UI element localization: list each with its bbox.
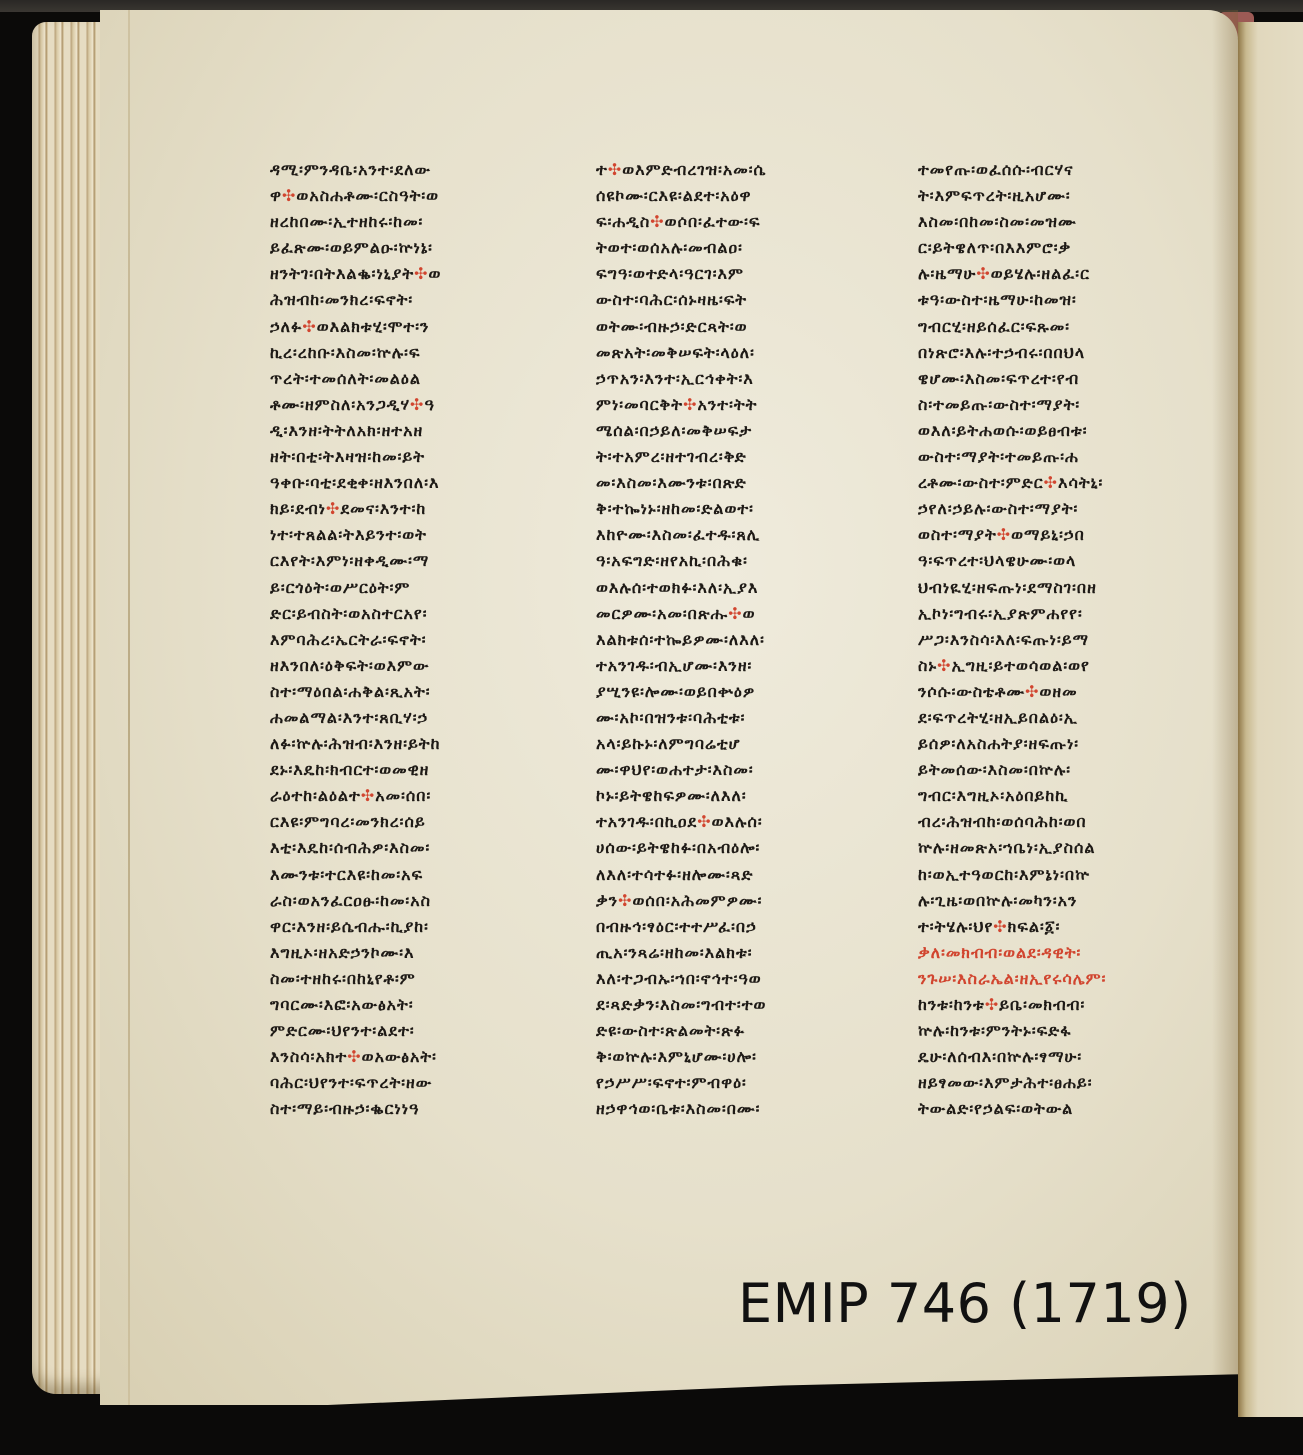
text-line: እሙንቱ፡ተርእዩ፡ከመ፡አፍ [270, 862, 570, 888]
red-cross-divider-icon: ✣ [993, 917, 1007, 936]
text-line: ዋር፡እንዘ፡ይሴብሑ፡ኪያከ፡ [270, 914, 570, 940]
red-cross-divider-icon: ✣ [650, 212, 664, 231]
text-line: ብረ፡ሕዝብከ፡ወሰባሕከ፡ወበ [918, 809, 1218, 835]
text-line: ይ፡ርጎዕት፡ወሥርዕት፡ም [270, 575, 570, 601]
text-line: ኮኑ፡ይትዌከፍዎሙ፡ለእለ፡ [596, 783, 896, 809]
text-line: ሙ፡ዋህየ፡ወሐተታ፡እስመ፡ [596, 757, 896, 783]
text-line: ቅ፡ወኵሉ፡እምኒሆሙ፡ሀሎ፡ [596, 1044, 896, 1070]
text-line: ዘኃዋኅወ፡ቤቱ፡እስመ፡በሙ፡ [596, 1096, 896, 1122]
text-line: ኵሉ፡ከንቱ፡ምንትኑ፡ፍድፋ [918, 1018, 1218, 1044]
text-line: ዘረከበሙ፡ኢተዘከሩ፡ከመ፡ [270, 209, 570, 235]
text-line: ቱዓ፡ውስተ፡ዜማሁ፡ከመዝ፡ [918, 287, 1218, 313]
red-cross-divider-icon: ✣ [728, 604, 742, 623]
text-line: ዓ፡ፍጥረተ፡ህላዌሁሙ፡ወላ [918, 548, 1218, 574]
red-cross-divider-icon: ✣ [1044, 473, 1058, 492]
red-cross-divider-icon: ✣ [985, 995, 999, 1014]
text-line: ውስተ፡ማያት፡ተመይጡ፡ሐ [918, 444, 1218, 470]
text-line: ተ፡ትሄሉ፡ህየ✣ክፍል፡፩፡ [918, 914, 1218, 940]
caption-label: EMIP 746 (1719) [738, 1272, 1192, 1335]
red-cross-divider-icon: ✣ [282, 186, 296, 205]
text-line: ዳሚ፡ምንዳቤ፡አንተ፡ደለው [270, 157, 570, 183]
text-line: ምነ፡መባርቅት✣አንተ፡ትት [596, 392, 896, 418]
text-line: ወስተ፡ማያት✣ወማይኒ፡ኃበ [918, 522, 1218, 548]
red-cross-divider-icon: ✣ [302, 317, 316, 336]
text-line: ደኑ፡እዴከ፡ክብርተ፡ወመዊዘ [270, 757, 570, 783]
text-line: ርእዩ፡ምግባረ፡መንክረ፡ሰይ [270, 809, 570, 835]
text-line: እግዚኦ፡ዘአድኃንኮሙ፡እ [270, 940, 570, 966]
text-line: ድር፡ይብስት፡ወአስተርአየ፡ [270, 601, 570, 627]
text-line: ጢአ፡ንጻሬ፡ዘከመ፡እልክቱ፡ [596, 940, 896, 966]
text-line: ደ፡ፍጥረትሂ፡ዘኢይበልዕ፡ኢ [918, 705, 1218, 731]
text-line: ከ፡ወኢተዓወርከ፡እምኔነ፡በኵ [918, 862, 1218, 888]
text-line: ኪረ፡ረከቡ፡እስመ፡ኵሉ፡ፍ [270, 340, 570, 366]
text-line: ተአንገዱ፡በኪዐደ✣ወእሉሰ፡ [596, 809, 896, 835]
red-cross-divider-icon: ✣ [361, 786, 375, 805]
red-cross-divider-icon: ✣ [414, 264, 428, 283]
text-line: ሕዝብከ፡መንክረ፡ፍኖት፡ [270, 287, 570, 313]
text-line: ዘት፡በቲ፡ትእዛዝ፡ከመ፡ይት [270, 444, 570, 470]
text-line: የኃሥሥ፡ፍኖተ፡ምብዋዕ፡ [596, 1070, 896, 1096]
text-line: ዓ፡አፍግድ፡ዘየአኪ፡በሕቁ፡ [596, 548, 896, 574]
text-line: ቶሙ፡ዘምስለ፡አንጋዲሃ✣ዓ [270, 392, 570, 418]
text-line: ኃየለ፡ኃይሉ፡ውስተ፡ማያት፡ [918, 496, 1218, 522]
text-line: እቲ፡እዴከ፡ሰብሕዎ፡እስመ፡ [270, 835, 570, 861]
text-line: ርእየት፡እምነ፡ዘቀዲሙ፡ማ [270, 548, 570, 574]
text-line: ስተ፡ማዕበል፡ሐቅል፡ጺአት፡ [270, 679, 570, 705]
text-line: ዓቀቡ፡ባቲ፡ደቂቀ፡ዘእንበለ፡እ [270, 470, 570, 496]
text-line: ፍ፡ሐዲስ✣ወሶበ፡ፈተው፡ፍ [596, 209, 896, 235]
text-line: ሰዩኮሙ፡ርእዩ፡ልደተ፡አዕዋ [596, 183, 896, 209]
text-line: ዲ፡እንዘ፡ትትለአክ፡ዘተአዘ [270, 418, 570, 444]
text-line: በነጽሮ፡እሉ፡ተኃብሩ፡በበህላ [918, 340, 1218, 366]
text-line: ሉ፡ዜማሁ✣ወይሄሉ፡ዘልፈ፡ር [918, 261, 1218, 287]
text-line: ይትመሰው፡እስመ፡በኵሉ፡ [918, 757, 1218, 783]
text-line: ለእለ፡ተሳተፉ፡ዘሎሙ፡ጻድ [596, 862, 896, 888]
text-line: ዴሁ፡ለሰብእ፡በኵሉ፡ፃማሁ፡ [918, 1044, 1218, 1070]
text-line: አላ፡ይኩኑ፡ለምግባሬቲሆ [596, 731, 896, 757]
text-line: ተመየጡ፡ወፈሰሱ፡ብርሃና [918, 157, 1218, 183]
text-line: ድዩ፡ውስተ፡ጽልመት፡ጽፉ [596, 1018, 896, 1044]
text-line: ምድርሙ፡ህየንተ፡ልደተ፡ [270, 1018, 570, 1044]
text-line: መ፡እስመ፡እሙንቱ፡በጽድ [596, 470, 896, 496]
text-line: ደ፡ጻድቃን፡እስመ፡ግብተ፡ተወ [596, 992, 896, 1018]
page-gutter-line [128, 10, 130, 1405]
text-line: ፍግዓ፡ወተድላ፡ዓርገ፡እም [596, 261, 896, 287]
red-cross-divider-icon: ✣ [697, 812, 711, 831]
text-line: ግባርሙ፡እፎ፡አውፅአት፡ [270, 992, 570, 1018]
text-line: ሉ፡ጊዜ፡ወበኵሉ፡መካን፡አን [918, 888, 1218, 914]
text-line: ነተ፡ተጸልል፡ትእይንተ፡ወት [270, 522, 570, 548]
text-line: ኵሉ፡ዘመጽአ፡ኀቤነ፡ኢያስሰል [918, 835, 1218, 861]
red-cross-divider-icon: ✣ [683, 395, 697, 414]
red-cross-divider-icon: ✣ [347, 1047, 361, 1066]
text-line: በብዙኅ፡ፃዕር፡ተተሥፈ፡በኃ [596, 914, 896, 940]
text-line: እለ፡ተጋብኡ፡ኀበ፡ኖኅተ፡ዓወ [596, 966, 896, 992]
red-cross-divider-icon: ✣ [326, 499, 340, 518]
text-line: እምባሕረ፡ኤርትራ፡ፍኖት፡ [270, 627, 570, 653]
text-line: ስመ፡ተዘከሩ፡በከኒየቶ፡ም [270, 966, 570, 992]
red-cross-divider-icon: ✣ [410, 395, 424, 414]
red-cross-divider-icon: ✣ [1025, 682, 1039, 701]
red-cross-divider-icon: ✣ [937, 656, 951, 675]
red-cross-divider-icon: ✣ [618, 891, 632, 910]
text-column-1: ዳሚ፡ምንዳቤ፡አንተ፡ደለውዋ✣ወአስሐቶሙ፡ርስዓት፡ወዘረከበሙ፡ኢተዘከ… [270, 157, 570, 1122]
text-line: ሙ፡አኮ፡በዝንቱ፡ባሕቲቱ፡ [596, 705, 896, 731]
red-cross-divider-icon: ✣ [997, 525, 1011, 544]
text-line: ስኑ✣ኢግዚ፡ይተወሳወል፡ወየ [918, 653, 1218, 679]
text-line: ይፈጽሙ፡ወይምልዑ፡ኵነኔ፡ [270, 235, 570, 261]
text-line: ባሕር፡ህየንተ፡ፍጥረት፡ዘው [270, 1070, 570, 1096]
text-line: ተ✣ወእምድብረገዝ፡አመ፡ሴ [596, 157, 896, 183]
rubric-line: ንጉሠ፡እስራኤል፡ዘኢየሩሳሌም፡ [918, 966, 1218, 992]
red-cross-divider-icon: ✣ [608, 160, 622, 179]
text-line: ዘእንበለ፡ዕቅፍት፡ወእምው [270, 653, 570, 679]
text-line: ዌሆሙ፡እስመ፡ፍጥረተ፡የብ [918, 366, 1218, 392]
text-line: ክይ፡ደብነ✣ደመና፡እንተ፡ከ [270, 496, 570, 522]
text-line: ኃለፉ✣ወእልክቱሂ፡ሞተ፡ን [270, 314, 570, 340]
text-line: ራዕተከ፡ልዕልተ✣አመ፡ሰበ፡ [270, 783, 570, 809]
text-line: ንሶሱ፡ውስቴቶሙ✣ወዘመ [918, 679, 1218, 705]
text-line: ር፡ይትዌለጥ፡በእእምሮ፡ቃ [918, 235, 1218, 261]
text-line: ትውልድ፡የኃልፍ፡ወትውል [918, 1096, 1218, 1122]
text-line: ግብር፡እግዚኦ፡አዕበይከኪ [918, 783, 1218, 809]
text-line: ወትሙ፡ብዙኃ፡ድርጻት፡ወ [596, 314, 896, 340]
text-line: ጥረት፡ተመሰለት፡መልዕል [270, 366, 570, 392]
text-line: ለፉ፡ኵሉ፡ሕዝብ፡እንዘ፡ይትከ [270, 731, 570, 757]
facing-page: ፀ ጽ ይ ሰ ወ ሀ ሀ ገ ወ ባ ዓ ወ የ ኵ ከ ይ ኢ ም ም ነ … [1238, 22, 1303, 1417]
red-cross-divider-icon: ✣ [976, 264, 990, 283]
text-line: ወእሉሰ፡ተወክፉ፡እለ፡ኢያእ [596, 575, 896, 601]
text-line: ግብርሂ፡ዘይሰፈር፡ፍጹመ፡ [918, 314, 1218, 340]
text-line: ከንቱ፡ከንቱ✣ይቤ፡መክብብ፡ [918, 992, 1218, 1018]
text-line: መጽአት፡መቅሠፍት፡ላዕለ፡ [596, 340, 896, 366]
text-line: ቃን✣ወሰበ፡አሕመምዎሙ፡ [596, 888, 896, 914]
text-line: ትወተ፡ወሰአሉ፡መብልዐ፡ [596, 235, 896, 261]
text-line: ዋ✣ወአስሐቶሙ፡ርስዓት፡ወ [270, 183, 570, 209]
rubric-line: ቃለ፡መክብብ፡ወልደ፡ዳዊት፡ [918, 940, 1218, 966]
text-line: ሐመልማል፡እንተ፡ጸቢሃ፡ኃ [270, 705, 570, 731]
text-line: ዘንትገ፡በትእልቈ፡ነኒያት✣ወ [270, 261, 570, 287]
text-line: ስተ፡ማይ፡ብዙኃ፡ቈርነነዓ [270, 1096, 570, 1122]
text-line: ኢኮነ፡ግብሩ፡ኢያጽምሐየየ፡ [918, 601, 1218, 627]
text-line: ሥጋ፡እንስሳ፡እለ፡ፍጡነ፡ይማ [918, 627, 1218, 653]
text-line: እልክቱሰ፡ተኰይዎሙ፡ለእለ፡ [596, 627, 896, 653]
text-line: ሜሰል፡በኃይለ፡መቅሠፍታ [596, 418, 896, 444]
text-line: ስ፡ተመይጡ፡ውስተ፡ማያት፡ [918, 392, 1218, 418]
text-line: ሀሰው፡ይትዌከፉ፡በአብዕሎ፡ [596, 835, 896, 861]
text-line: ራስ፡ወአንፈርዐፁ፡ከመ፡አስ [270, 888, 570, 914]
text-line: ዘይፃመው፡እምታሕተ፡ፀሐይ፡ [918, 1070, 1218, 1096]
text-line: ኃጥአን፡እንተ፡ኢርኅቀት፡እ [596, 366, 896, 392]
text-column-3: ተመየጡ፡ወፈሰሱ፡ብርሃናት፡እምፍጥረት፡ዚአሆሙ፡እስመ፡በከመ፡ስመ፡መ… [918, 157, 1218, 1122]
text-line: እንስሳ፡አክተ✣ወአውፅአት፡ [270, 1044, 570, 1070]
text-line: ወእለ፡ይትሐወሱ፡ወይፀብቱ፡ [918, 418, 1218, 444]
text-line: እከዮሙ፡እስመ፡ፈተዱ፡ጸሊ [596, 522, 896, 548]
text-line: ት፡ተአምረ፡ዘተገብረ፡ቅድ [596, 444, 896, 470]
text-line: ረቶሙ፡ውስተ፡ምድር✣እሳትኒ፡ [918, 470, 1218, 496]
text-line: ተአንገዱ፡ብኢሆሙ፡እንዘ፡ [596, 653, 896, 679]
text-line: እስመ፡በከመ፡ስመ፡መዝሙ [918, 209, 1218, 235]
text-line: ህብነዪሂ፡ዘፍጡነ፡ደማስገ፡በዘ [918, 575, 1218, 601]
text-line: ያሢንዩ፡ሎሙ፡ወይበቍዕዎ [596, 679, 896, 705]
text-line: ውስተ፡ባሕር፡ሰኑዛዜ፡ፍት [596, 287, 896, 313]
text-line: መርዎሙ፡አመ፡በጽሑ✣ወ [596, 601, 896, 627]
text-line: ቅ፡ተኰነኑ፡ዘከመ፡ድልወተ፡ [596, 496, 896, 522]
text-column-2: ተ✣ወእምድብረገዝ፡አመ፡ሴሰዩኮሙ፡ርእዩ፡ልደተ፡አዕዋፍ፡ሐዲስ✣ወሶበ… [596, 157, 896, 1122]
text-line: ይሰዎ፡ለአስሐትያ፡ዘፍጡነ፡ [918, 731, 1218, 757]
text-line: ት፡እምፍጥረት፡ዚአሆሙ፡ [918, 183, 1218, 209]
